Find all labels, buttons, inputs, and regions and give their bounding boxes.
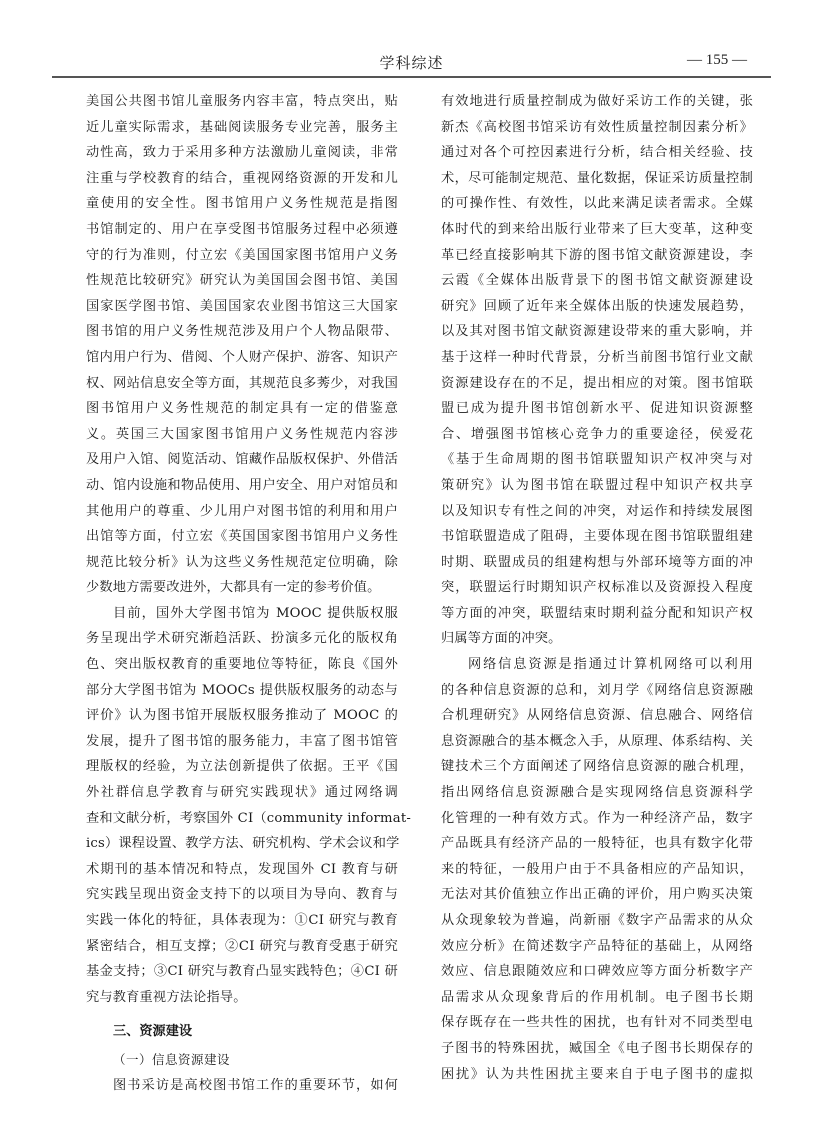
journal-section-title: 学科综述	[52, 52, 771, 73]
text-line: 困扰》认为共性困扰主要来自于电子图书的虚拟	[441, 1062, 753, 1088]
text-line: 突，联盟运行时期知识产权标准以及资源投入程度	[441, 575, 753, 601]
text-line: 近儿童实际需求，基础阅读服务专业完善，服务主	[86, 115, 398, 141]
text-line: 合机理研究》从网络信息资源、信息融合、网络信	[441, 703, 753, 729]
text-line: 务呈现出学术研究渐趋活跃、扮演多元化的版权角	[86, 626, 398, 652]
text-line: 合、增强图书馆核心竞争力的重要途径，侯爱花	[441, 422, 753, 448]
text-line: 守的行为准则，付立宏《美国国家图书馆用户义务	[86, 243, 398, 269]
left-column: 美国公共图书馆儿童服务内容丰富，特点突出，贴 近儿童实际需求，基础阅读服务专业完…	[86, 89, 398, 1098]
text-line: 子图书的特殊困扰，臧国全《电子图书长期保存的	[441, 1036, 753, 1062]
page-number: — 155 —	[687, 52, 747, 69]
text-line: 实践一体化的特征，具体表现为：①CI 研究与教育	[86, 908, 398, 934]
text-line: 效应、信息跟随效应和口碑效应等方面分析数字产	[441, 959, 753, 985]
text-line: 等方面的冲突，联盟结束时期利益分配和知识产权	[441, 601, 753, 627]
text-line: 策研究》认为图书馆在联盟过程中知识产权共享	[441, 473, 753, 499]
text-line: 义。英国三大国家图书馆用户义务性规范内容涉	[86, 422, 398, 448]
text-line: 通过对各个可控因素进行分析，结合相关经验、技	[441, 140, 753, 166]
text-line: 无法对其价值独立作出正确的评价，用户购买决策	[441, 882, 753, 908]
text-line: 指出网络信息资源融合是实现网络信息资源科学	[441, 780, 753, 806]
text-line: 国家医学图书馆、美国国家农业图书馆这三大国家	[86, 294, 398, 320]
paragraph-user-norms: 美国公共图书馆儿童服务内容丰富，特点突出，贴 近儿童实际需求，基础阅读服务专业完…	[86, 89, 398, 601]
text-line: 童使用的安全性。图书馆用户义务性规范是指图	[86, 191, 398, 217]
text-line: 基金支持；③CI 研究与教育凸显实践特色；④CI 研	[86, 959, 398, 985]
text-line: 的可操作性、有效性，以此来满足读者需求。全媒	[441, 191, 753, 217]
text-line: 网络信息资源是指通过计算机网络可以利用	[441, 652, 753, 678]
paragraph-acquisition-continued: 有效地进行质量控制成为做好采访工作的关键，张 新杰《高校图书馆采访有效性质量控制…	[441, 89, 753, 652]
text-line: 体时代的到来给出版行业带来了巨大变革，这种变	[441, 217, 753, 243]
text-line: 效应分析》在简述数字产品特征的基础上，从网络	[441, 934, 753, 960]
text-line: 其他用户的尊重、少儿用户对图书馆的利用和用户	[86, 499, 398, 525]
text-line: 出馆等方面，付立宏《英国国家图书馆用户义务性	[86, 524, 398, 550]
paragraph-network-resources: 网络信息资源是指通过计算机网络可以利用 的各种信息资源的总和，刘月学《网络信息资…	[441, 652, 753, 1087]
text-line: 图书馆的用户义务性规范涉及用户个人物品限带、	[86, 319, 398, 345]
text-line: 以及知识专有性之间的冲突，对运作和持续发展图	[441, 499, 753, 525]
text-line: 保存既存在一些共性的困扰，也有针对不同类型电	[441, 1010, 753, 1036]
text-line: 及用户入馆、阅览活动、馆藏作品版权保护、外借活	[86, 447, 398, 473]
running-header: 学科综述 — 155 —	[52, 48, 771, 74]
text-line: 色、突出版权教育的重要地位等特征，陈良《国外	[86, 652, 398, 678]
text-line: 动、馆内设施和物品使用、用户安全、用户对馆员和	[86, 473, 398, 499]
text-line: 目前，国外大学图书馆为 MOOC 提供版权服	[86, 601, 398, 627]
paragraph-mooc-copyright: 目前，国外大学图书馆为 MOOC 提供版权服 务呈现出学术研究渐趋活跃、扮演多元…	[86, 601, 398, 1011]
text-line: 究与教育重视方法论指导。	[86, 985, 398, 1011]
text-line: 馆内用户行为、借阅、个人财产保护、游客、知识产	[86, 345, 398, 371]
text-line: 资源建设存在的不足，提出相应的对策。图书馆联	[441, 371, 753, 397]
text-line: 键技术三个方面阐述了网络信息资源的融合机理，	[441, 754, 753, 780]
header-rule	[52, 76, 771, 78]
text-line: 盟已成为提升图书馆创新水平、促进知识资源整	[441, 396, 753, 422]
text-line: 注重与学校教育的结合，重视网络资源的开发和儿	[86, 166, 398, 192]
text-line: 究实践呈现出资金支持下的以项目为导向、教育与	[86, 882, 398, 908]
text-line: 云霞《全媒体出版背景下的图书馆文献资源建设	[441, 268, 753, 294]
text-line: 部分大学图书馆为 MOOCs 提供版权服务的动态与	[86, 678, 398, 704]
text-line: 图书馆用户义务性规范的制定具有一定的借鉴意	[86, 396, 398, 422]
subsection-heading: （一）信息资源建设	[86, 1047, 398, 1073]
text-line: 书馆联盟造成了阻碍，主要体现在图书馆联盟组建	[441, 524, 753, 550]
text-line: 以及其对图书馆文献资源建设带来的重大影响，并	[441, 319, 753, 345]
section-heading: 三、资源建设	[86, 1019, 398, 1045]
text-line: 从众现象较为普遍，尚新丽《数字产品需求的从众	[441, 908, 753, 934]
paragraph-acquisition: 图书采访是高校图书馆工作的重要环节，如何	[86, 1073, 398, 1099]
text-line: 归属等方面的冲突。	[441, 626, 753, 652]
text-line: 评价》认为图书馆开展版权服务推动了 MOOC 的	[86, 703, 398, 729]
text-line: 品需求从众现象背后的作用机制。电子图书长期	[441, 985, 753, 1011]
text-line: 的各种信息资源的总和，刘月学《网络信息资源融	[441, 678, 753, 704]
text-line: 术，尽可能制定规范、量化数据，保证采访质量控制	[441, 166, 753, 192]
text-line: 动性高，致力于采用多种方法激励儿童阅读，非常	[86, 140, 398, 166]
text-line: 发展，提升了图书馆的服务能力，丰富了图书馆管	[86, 729, 398, 755]
text-line: 化管理的一种有效方式。作为一种经济产品，数字	[441, 806, 753, 832]
text-line: 紧密结合，相互支撑；②CI 研究与教育受惠于研究	[86, 934, 398, 960]
right-column: 有效地进行质量控制成为做好采访工作的关键，张 新杰《高校图书馆采访有效性质量控制…	[441, 89, 753, 1087]
text-line: 外社群信息学教育与研究实践现状》通过网络调	[86, 780, 398, 806]
text-line: 研究》回顾了近年来全媒体出版的快速发展趋势，	[441, 294, 753, 320]
text-line: 规范比较分析》认为这些义务性规范定位明确，除	[86, 550, 398, 576]
text-line: 查和文献分析，考察国外 CI（community informat-	[86, 806, 398, 832]
text-line: 书馆制定的、用户在享受图书馆服务过程中必须遵	[86, 217, 398, 243]
text-line: 少数地方需要改进外，大都具有一定的参考价值。	[86, 575, 398, 601]
text-line: 术期刊的基本情况和特点，发现国外 CI 教育与研	[86, 857, 398, 883]
text-line: 息资源融合的基本概念入手，从原理、体系结构、关	[441, 729, 753, 755]
text-line: 美国公共图书馆儿童服务内容丰富，特点突出，贴	[86, 89, 398, 115]
text-line: 新杰《高校图书馆采访有效性质量控制因素分析》	[441, 115, 753, 141]
text-line: 性规范比较研究》研究认为美国国会图书馆、美国	[86, 268, 398, 294]
text-line: 有效地进行质量控制成为做好采访工作的关键，张	[441, 89, 753, 115]
text-line: 时期、联盟成员的组建构想与外部环境等方面的冲	[441, 550, 753, 576]
text-line: 图书采访是高校图书馆工作的重要环节，如何	[86, 1073, 398, 1099]
text-line: 理版权的经验，为立法创新提供了依据。王平《国	[86, 754, 398, 780]
text-line: 《基于生命周期的图书馆联盟知识产权冲突与对	[441, 447, 753, 473]
text-line: 权、网站信息安全等方面，其规范良多莠少，对我国	[86, 371, 398, 397]
text-line: 来的特征，一般用户由于不具备相应的产品知识，	[441, 857, 753, 883]
text-line: 革已经直接影响其下游的图书馆文献资源建设，李	[441, 243, 753, 269]
text-line: 基于这样一种时代背景，分析当前图书馆行业文献	[441, 345, 753, 371]
text-line: ics）课程设置、教学方法、研究机构、学术会议和学	[86, 831, 398, 857]
text-line: 产品既具有经济产品的一般特征，也具有数字化带	[441, 831, 753, 857]
